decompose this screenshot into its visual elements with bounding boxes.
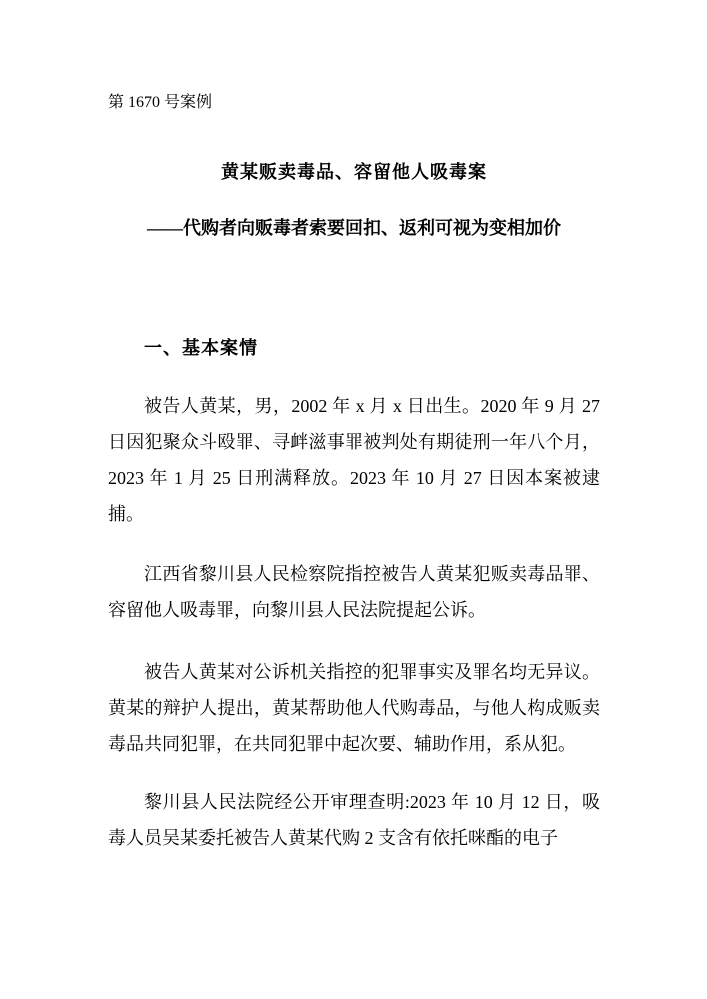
paragraph-defense-argument: 被告人黄某对公诉机关指控的犯罪事实及罪名均无异议。黄某的辩护人提出，黄某帮助他人… (108, 654, 600, 762)
paragraph-court-findings: 黎川县人民法院经公开审理查明:2023 年 10 月 12 日，吸毒人员吴某委托… (108, 784, 600, 856)
document-title: 黄某贩卖毒品、容留他人吸毒案 (108, 154, 600, 190)
paragraph-prosecution-charges: 江西省黎川县人民检察院指控被告人黄某犯贩卖毒品罪、容留他人吸毒罪，向黎川县人民法… (108, 556, 600, 628)
document-subtitle: ——代购者向贩毒者索要回扣、返利可视为变相加价 (108, 210, 600, 246)
document-page: 第 1670 号案例 黄某贩卖毒品、容留他人吸毒案 ——代购者向贩毒者索要回扣、… (0, 0, 707, 999)
case-number: 第 1670 号案例 (108, 91, 600, 115)
section-heading-basic-facts: 一、基本案情 (108, 330, 600, 366)
paragraph-defendant-background: 被告人黄某，男，2002 年 x 月 x 日出生。2020 年 9 月 27 日… (108, 388, 600, 532)
